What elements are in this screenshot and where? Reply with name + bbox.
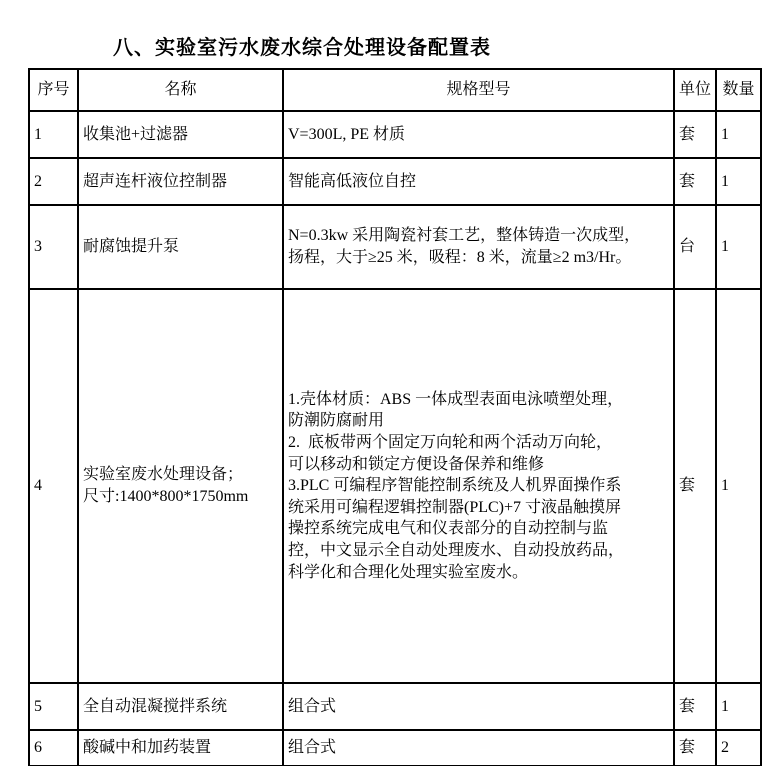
cell-unit: 套: [674, 158, 716, 205]
table-row: 6 酸碱中和加药装置 组合式 套 2: [29, 730, 761, 766]
table-row: 2 超声连杆液位控制器 智能高低液位自控 套 1: [29, 158, 761, 205]
equipment-table-container: 序号 名称 规格型号 单位 数量 1 收集池+过滤器 V=300L, PE 材质…: [28, 68, 762, 766]
cell-qty: 2: [716, 730, 761, 766]
page-title: 八、实验室污水废水综合处理设备配置表: [113, 31, 491, 60]
document-page: 八、实验室污水废水综合处理设备配置表 序号 名称 规格型号 单位 数量 1 收集…: [0, 0, 762, 766]
cell-index: 6: [29, 730, 78, 766]
cell-unit: 套: [674, 730, 716, 766]
cell-spec: 组合式: [283, 683, 674, 730]
cell-unit: 套: [674, 683, 716, 730]
cell-index: 2: [29, 158, 78, 205]
cell-index: 1: [29, 111, 78, 158]
cell-name: 全自动混凝搅拌系统: [78, 683, 283, 730]
cell-spec: 智能高低液位自控: [283, 158, 674, 205]
header-index: 序号: [29, 69, 78, 111]
cell-index: 4: [29, 289, 78, 683]
cell-name: 酸碱中和加药装置: [78, 730, 283, 766]
cell-qty: 1: [716, 205, 761, 289]
cell-spec: N=0.3kw 采用陶瓷衬套工艺，整体铸造一次成型， 扬程，大于≥25 米，吸程…: [283, 205, 674, 289]
table-row: 1 收集池+过滤器 V=300L, PE 材质 套 1: [29, 111, 761, 158]
table-row: 4 实验室废水处理设备； 尺寸:1400*800*1750mm 1.壳体材质：A…: [29, 289, 761, 683]
header-row: 序号 名称 规格型号 单位 数量: [29, 69, 761, 111]
table-row: 3 耐腐蚀提升泵 N=0.3kw 采用陶瓷衬套工艺，整体铸造一次成型， 扬程，大…: [29, 205, 761, 289]
cell-qty: 1: [716, 111, 761, 158]
equipment-config-table: 序号 名称 规格型号 单位 数量 1 收集池+过滤器 V=300L, PE 材质…: [28, 68, 762, 766]
cell-spec: 组合式: [283, 730, 674, 766]
header-qty: 数量: [716, 69, 761, 111]
header-name: 名称: [78, 69, 283, 111]
header-spec: 规格型号: [283, 69, 674, 111]
table-row: 5 全自动混凝搅拌系统 组合式 套 1: [29, 683, 761, 730]
cell-unit: 套: [674, 111, 716, 158]
cell-index: 5: [29, 683, 78, 730]
cell-name: 实验室废水处理设备； 尺寸:1400*800*1750mm: [78, 289, 283, 683]
cell-qty: 1: [716, 158, 761, 205]
cell-unit: 台: [674, 205, 716, 289]
cell-spec: 1.壳体材质：ABS 一体成型表面电泳喷塑处理， 防潮防腐耐用 2. 底板带两个…: [283, 289, 674, 683]
cell-spec: V=300L, PE 材质: [283, 111, 674, 158]
cell-name: 耐腐蚀提升泵: [78, 205, 283, 289]
cell-index: 3: [29, 205, 78, 289]
cell-name: 收集池+过滤器: [78, 111, 283, 158]
cell-qty: 1: [716, 683, 761, 730]
cell-name: 超声连杆液位控制器: [78, 158, 283, 205]
cell-unit: 套: [674, 289, 716, 683]
header-unit: 单位: [674, 69, 716, 111]
cell-qty: 1: [716, 289, 761, 683]
